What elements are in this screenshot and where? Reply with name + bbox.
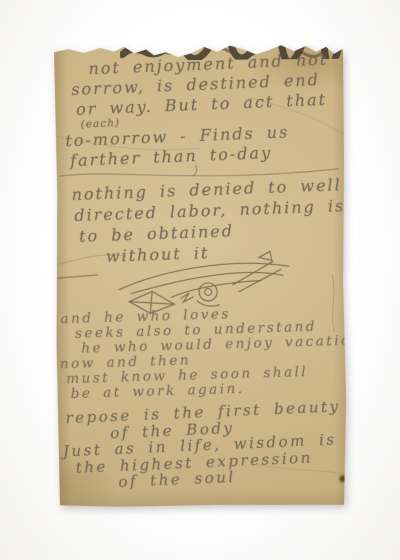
- note-paper: not enjoyment and not sorrow, is destine…: [54, 42, 347, 508]
- stanza-repose: repose is the first beauty of the Body J…: [65, 398, 344, 492]
- paper-shadow-wrap: not enjoyment and not sorrow, is destine…: [54, 42, 347, 508]
- stanza-not-enjoyment: not enjoyment and not sorrow, is destine…: [66, 50, 332, 171]
- stanza-he-who-loves: and he who loves seeks also to understan…: [60, 303, 374, 402]
- photo-background: not enjoyment and not sorrow, is destine…: [0, 0, 400, 560]
- stanza-nothing-denied: nothing is denied to well directed labor…: [69, 174, 347, 268]
